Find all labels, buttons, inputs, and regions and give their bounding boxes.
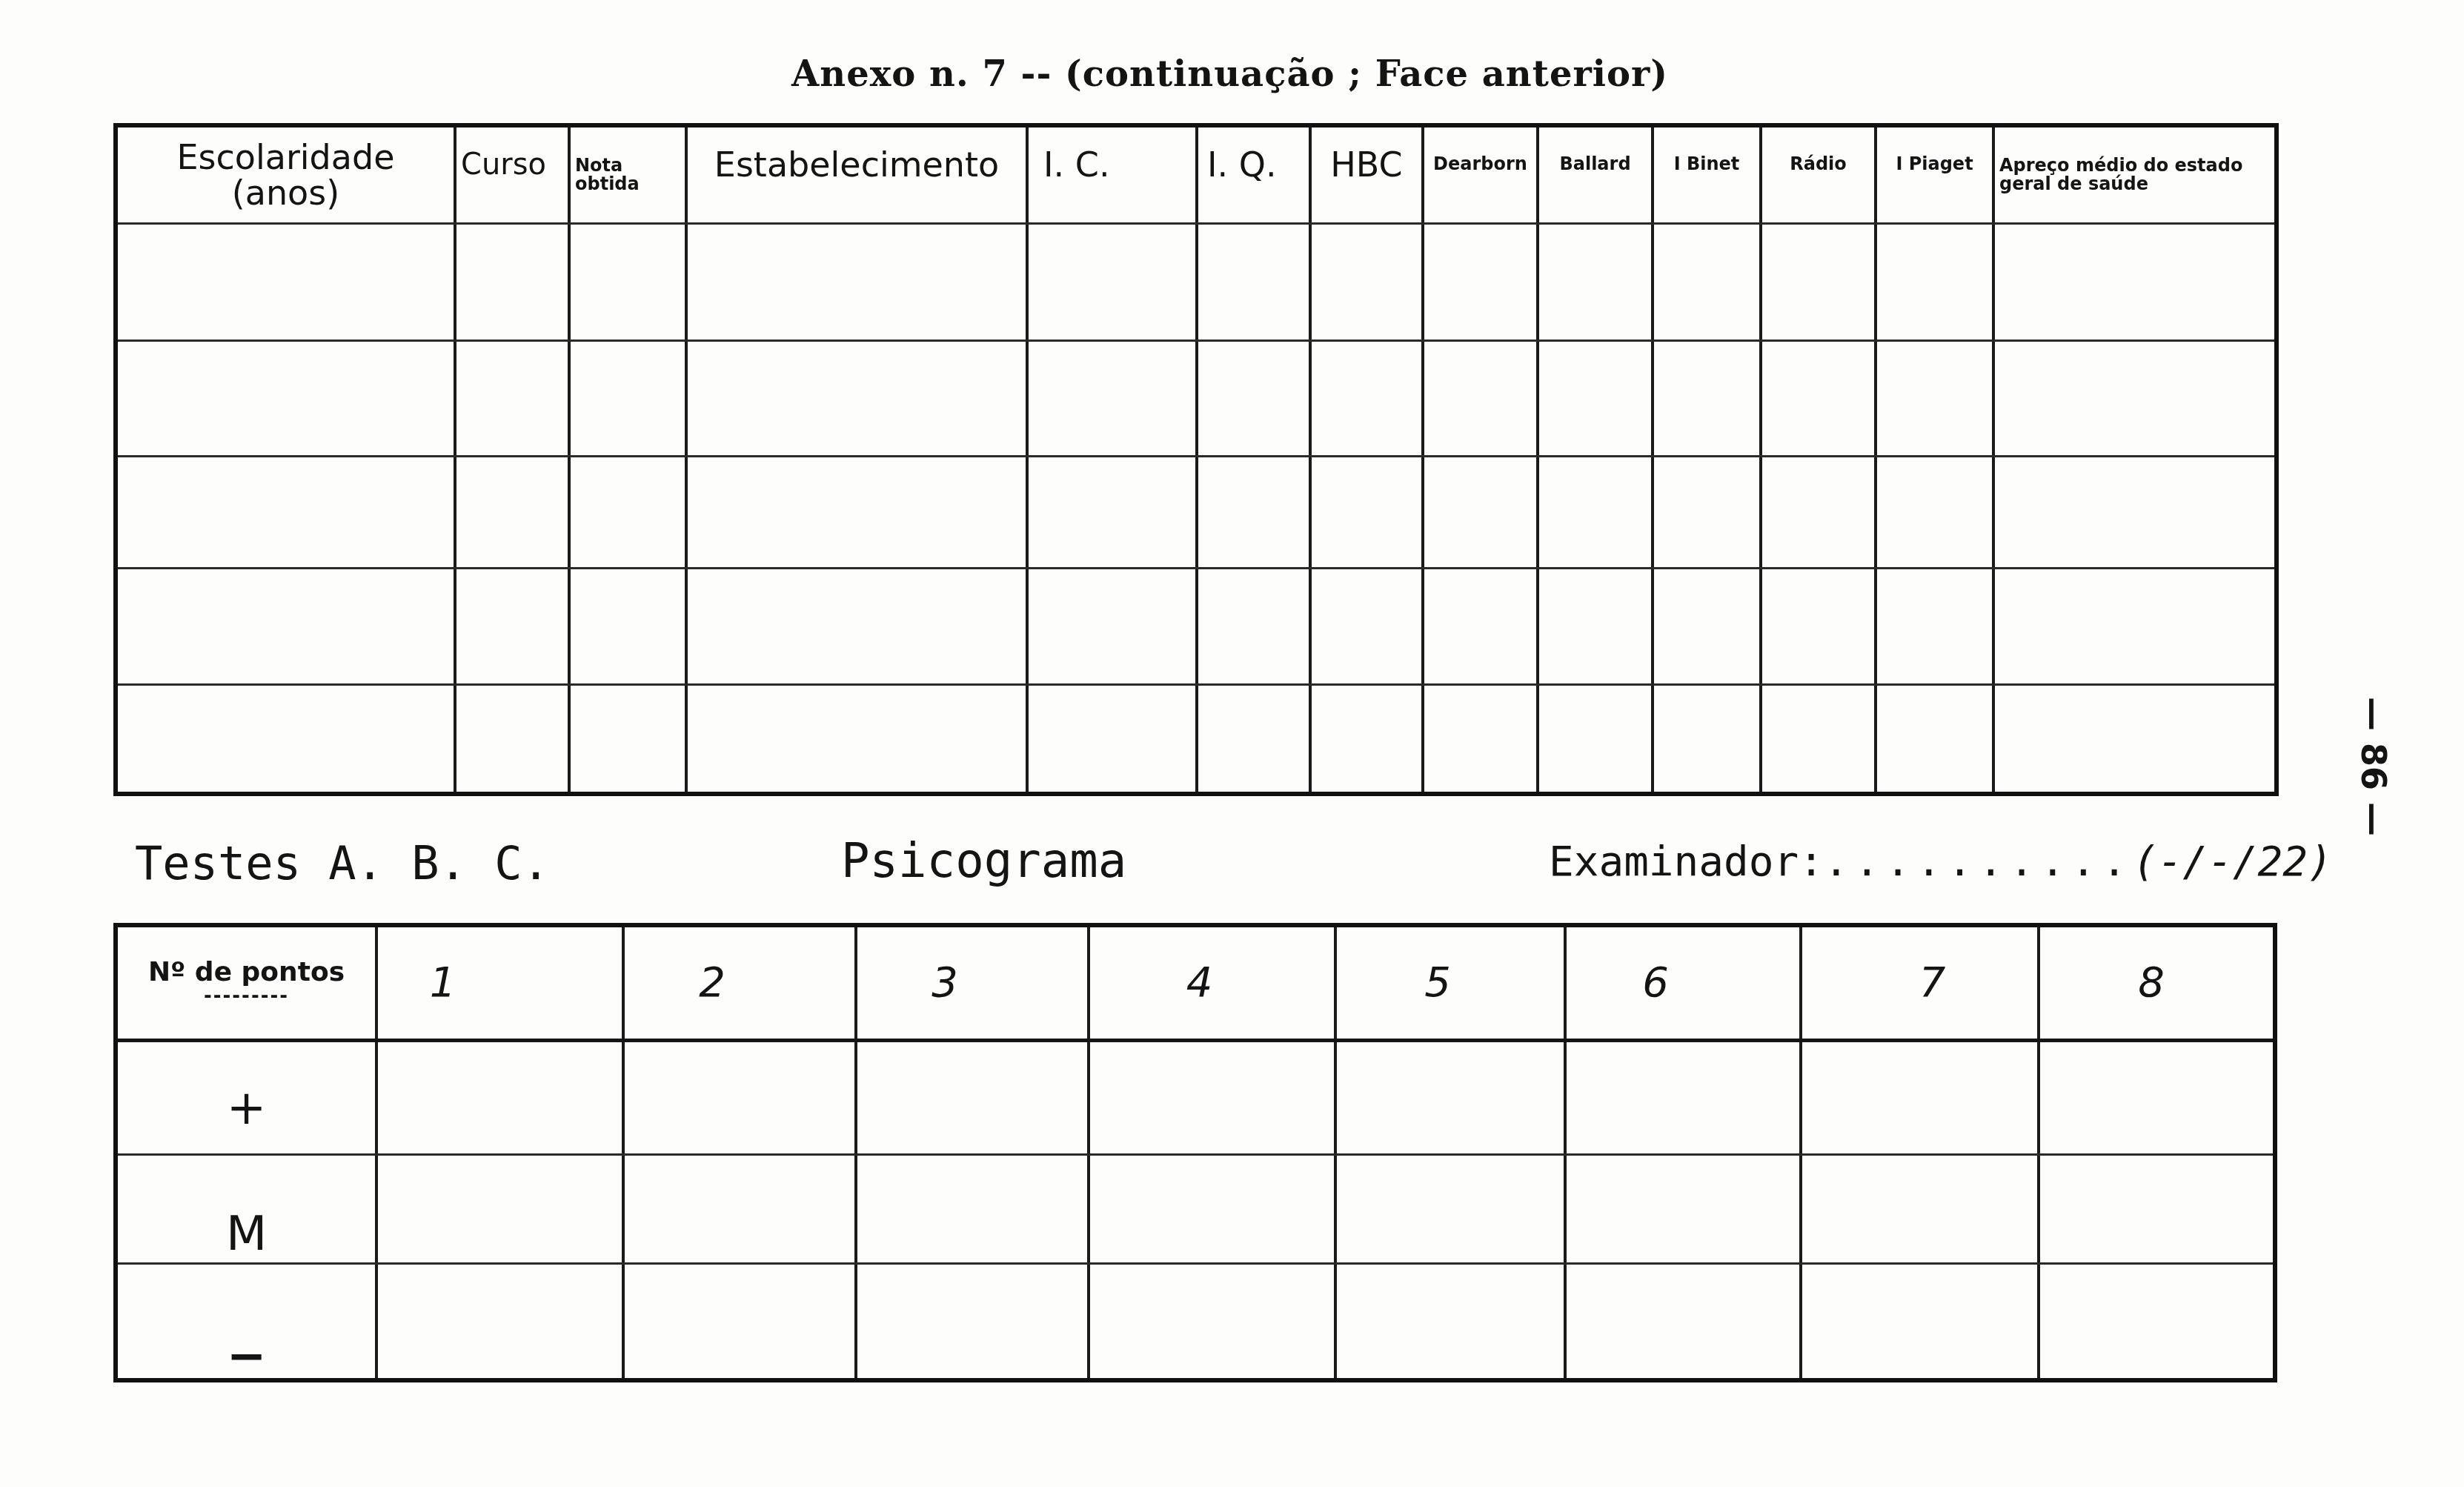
column-header-5: 5 xyxy=(1337,927,1564,1039)
column-header-4: 4 xyxy=(1090,927,1334,1039)
header-divider xyxy=(118,222,2274,225)
row-divider xyxy=(118,1153,2273,1156)
column-header-7: 7 xyxy=(1802,927,2037,1039)
row-divider xyxy=(118,455,2274,457)
header-divider xyxy=(118,1039,2273,1042)
column-divider xyxy=(454,127,456,792)
column-divider xyxy=(1992,127,1995,792)
column-divider xyxy=(1026,127,1029,792)
examiner-line: Examinador:..........(-/-/22) xyxy=(1549,838,2333,886)
header-apreco-saude: Apreço médio do estado geral de saúde xyxy=(1995,127,2274,222)
psychogram-label: Psicograma xyxy=(841,834,1126,889)
header-points: Nº de pontos --------- xyxy=(118,927,375,1039)
row-label-minus: − xyxy=(118,1265,375,1383)
examiner-field[interactable]: .......... xyxy=(1824,838,2133,886)
column-header-1: 1 xyxy=(378,927,622,1039)
exam-date: (-/-/22) xyxy=(2133,838,2333,886)
column-divider xyxy=(685,127,688,792)
row-divider xyxy=(118,683,2274,686)
abc-tests-table: Nº de pontos --------- 1 2 3 4 5 6 7 8 +… xyxy=(113,923,2277,1382)
row-label-m: M xyxy=(118,1156,375,1262)
column-divider xyxy=(1536,127,1539,792)
column-divider xyxy=(1421,127,1424,792)
header-ballard: Ballard xyxy=(1539,127,1651,202)
header-piaget: I Piaget xyxy=(1877,127,1992,202)
row-label-plus: + xyxy=(118,1042,375,1153)
column-header-2: 2 xyxy=(625,927,854,1039)
header-ic: I. C. xyxy=(1029,127,1195,202)
header-hbc: HBC xyxy=(1312,127,1421,202)
header-curso: Curso xyxy=(456,127,568,202)
points-label: Nº de pontos xyxy=(148,958,345,987)
points-dashes: --------- xyxy=(204,987,289,1007)
tests-abc-label: Testes A. B. C. xyxy=(135,836,550,890)
column-header-3: 3 xyxy=(857,927,1087,1039)
examiner-label: Examinador: xyxy=(1549,838,1824,886)
header-radio: Rádio xyxy=(1762,127,1874,202)
column-header-6: 6 xyxy=(1567,927,1799,1039)
header-escolaridade: Escolaridade (anos) xyxy=(118,127,454,222)
column-divider xyxy=(1874,127,1877,792)
column-divider xyxy=(1651,127,1654,792)
document-title: Anexo n. 7 -- (continuação ; Face anteri… xyxy=(0,53,2462,95)
school-data-table: Escolaridade (anos) Curso Nota obtida Es… xyxy=(113,123,2279,796)
header-dearborn: Dearborn xyxy=(1424,127,1536,202)
row-divider xyxy=(118,340,2274,342)
page-number: — 86 — xyxy=(2354,697,2394,815)
header-iq: I. Q. xyxy=(1198,127,1309,202)
row-divider xyxy=(118,1262,2273,1265)
row-divider xyxy=(118,567,2274,569)
header-binet: I Binet xyxy=(1654,127,1759,202)
column-header-8: 8 xyxy=(2040,927,2273,1039)
header-estabelecimento: Estabelecimento xyxy=(688,127,1026,202)
column-divider xyxy=(1759,127,1762,792)
header-nota-obtida: Nota obtida xyxy=(571,127,685,222)
column-divider xyxy=(568,127,571,792)
column-divider xyxy=(1195,127,1198,792)
column-divider xyxy=(1309,127,1312,792)
